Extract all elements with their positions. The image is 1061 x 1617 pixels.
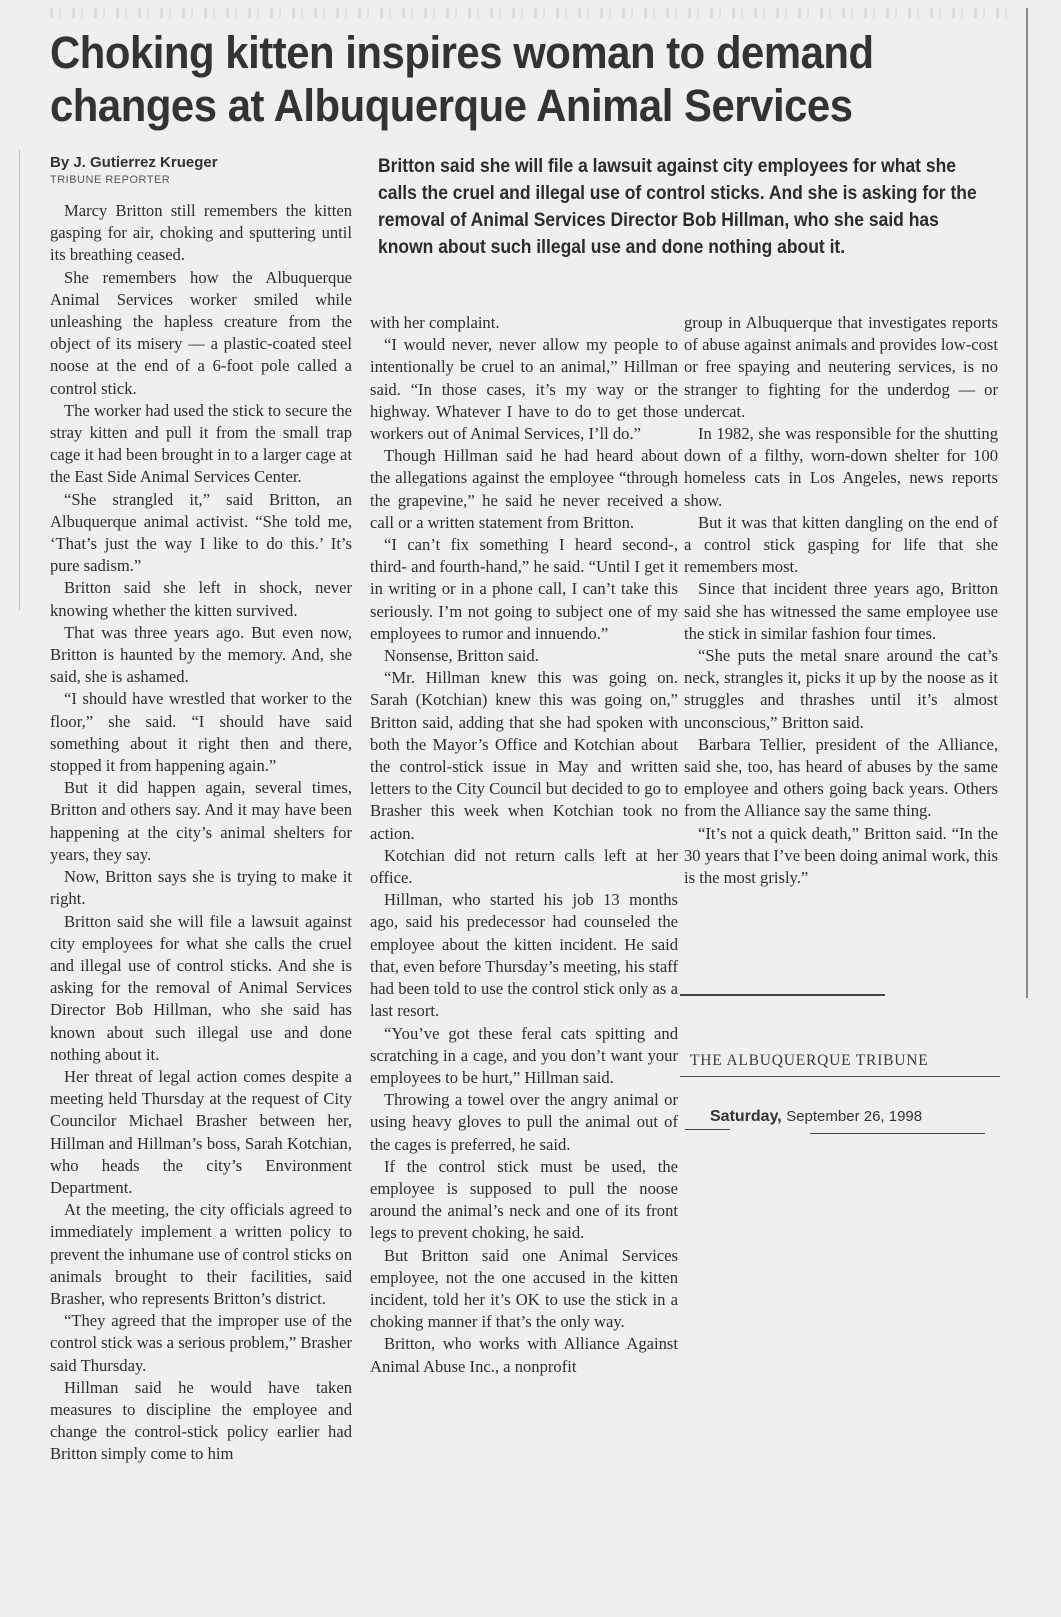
paragraph: “She strangled it,” said Britton, an Alb…	[50, 489, 352, 578]
paragraph: Hillman said he would have taken measure…	[50, 1377, 352, 1466]
paragraph: Nonsense, Britton said.	[370, 645, 678, 667]
paragraph: At the meeting, the city officials agree…	[50, 1199, 352, 1310]
paragraph: with her complaint.	[370, 312, 678, 334]
paragraph: That was three years ago. But even now, …	[50, 622, 352, 689]
paragraph: group in Albuquerque that investigates r…	[684, 312, 998, 423]
paragraph: Throwing a towel over the angry animal o…	[370, 1089, 678, 1156]
paragraph: If the control stick must be used, the e…	[370, 1156, 678, 1245]
article-column-2: with her complaint. “I would never, neve…	[370, 312, 678, 1378]
newspaper-clipping: Choking kitten inspires woman to demand …	[0, 0, 1061, 1617]
headline: Choking kitten inspires woman to demand …	[50, 26, 943, 132]
publication-rule	[680, 1076, 1000, 1077]
paragraph: “I would never, never allow my people to…	[370, 334, 678, 445]
paragraph: Her threat of legal action comes despite…	[50, 1066, 352, 1199]
author-name: By J. Gutierrez Krueger	[50, 153, 350, 173]
date-day: Saturday,	[710, 1108, 782, 1125]
paragraph: “Mr. Hillman knew this was going on. Sar…	[370, 667, 678, 845]
paragraph: Barbara Tellier, president of the Allian…	[684, 734, 998, 823]
paragraph: In 1982, she was responsible for the shu…	[684, 423, 998, 512]
date-rule-right	[810, 1133, 985, 1134]
paragraph: But it was that kitten dangling on the e…	[684, 512, 998, 579]
paragraph: “It’s not a quick death,” Britton said. …	[684, 823, 998, 890]
author-role: TRIBUNE REPORTER	[50, 173, 350, 187]
paragraph: Kotchian did not return calls left at he…	[370, 845, 678, 889]
article-column-3: group in Albuquerque that investigates r…	[684, 312, 998, 889]
paragraph: Now, Britton says she is trying to make …	[50, 866, 352, 910]
date-rule-left	[685, 1129, 730, 1130]
paragraph: Britton said she left in shock, never kn…	[50, 577, 352, 621]
date-text: September 26, 1998	[786, 1108, 922, 1125]
article-end-rule	[680, 994, 885, 996]
paragraph: Hillman, who started his job 13 months a…	[370, 889, 678, 1022]
publication-name: THE ALBUQUERQUE TRIBUNE	[690, 1052, 990, 1070]
paragraph: The worker had used the stick to secure …	[50, 400, 352, 489]
headline-line-1: Choking kitten inspires woman to demand	[50, 26, 943, 79]
paragraph: “They agreed that the improper use of th…	[50, 1310, 352, 1377]
right-column-rule	[1026, 8, 1028, 998]
paragraph: “I can’t fix something I heard second-, …	[370, 534, 678, 645]
scan-artifact	[50, 8, 1010, 18]
paragraph: Britton said she will file a lawsuit aga…	[50, 911, 352, 1066]
paragraph: But Britton said one Animal Services emp…	[370, 1245, 678, 1334]
paragraph: “I should have wrestled that worker to t…	[50, 688, 352, 777]
paragraph: “You’ve got these feral cats spitting an…	[370, 1023, 678, 1090]
publication-date: Saturday, September 26, 1998	[710, 1108, 1010, 1126]
paragraph: Since that incident three years ago, Bri…	[684, 578, 998, 645]
paragraph: Marcy Britton still remembers the kitten…	[50, 200, 352, 267]
headline-line-2: changes at Albuquerque Animal Services	[50, 79, 943, 132]
paragraph: She remembers how the Albuquerque Animal…	[50, 267, 352, 400]
pull-quote: Britton said she will file a lawsuit aga…	[378, 153, 985, 261]
byline: By J. Gutierrez Krueger TRIBUNE REPORTER	[50, 153, 350, 187]
paragraph: Though Hillman said he had heard about t…	[370, 445, 678, 534]
paragraph: “She puts the metal snare around the cat…	[684, 645, 998, 734]
left-column-rule	[19, 150, 20, 610]
paragraph: But it did happen again, several times, …	[50, 777, 352, 866]
article-column-1: Marcy Britton still remembers the kitten…	[50, 200, 352, 1466]
paragraph: Britton, who works with Alliance Against…	[370, 1333, 678, 1377]
